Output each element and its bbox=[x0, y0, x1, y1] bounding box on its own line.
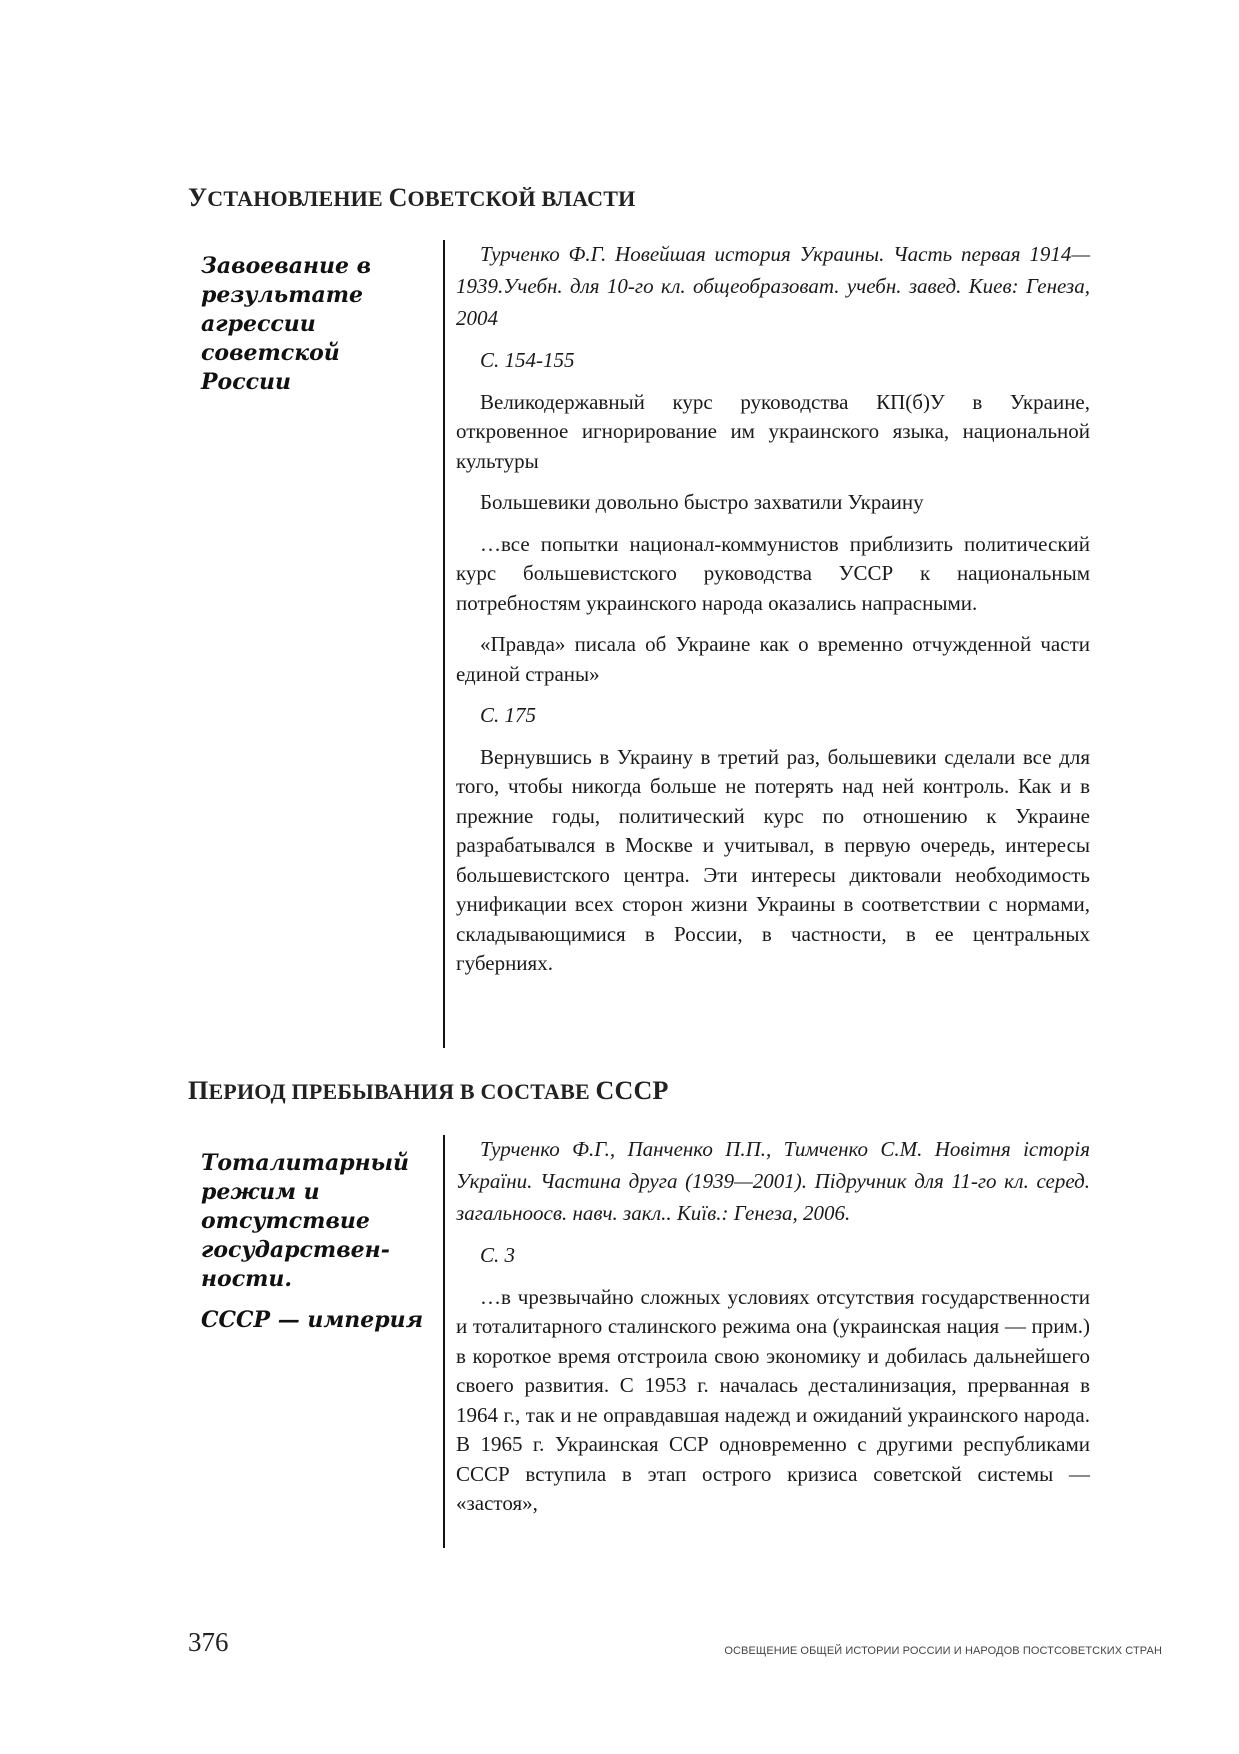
page-reference: С. 175 bbox=[456, 701, 1090, 731]
quote-paragraph: Великодержавный курс руководства КП(б)У … bbox=[456, 388, 1090, 477]
bibliographic-reference: Турченко Ф.Г. Новейшая история Украины. … bbox=[456, 238, 1090, 334]
heading-cap: СССР bbox=[596, 1076, 669, 1105]
quote-paragraph: «Правда» писала об Украине как о временн… bbox=[456, 630, 1090, 689]
running-title: ОСВЕЩЕНИЕ ОБЩЕЙ ИСТОРИИ РОССИИ И НАРОДОВ… bbox=[724, 1645, 1162, 1657]
page-reference: С. 3 bbox=[456, 1241, 1090, 1271]
heading-cap: С bbox=[389, 183, 408, 212]
quote-paragraph: …все попытки национал-коммунистов прибли… bbox=[456, 530, 1090, 619]
side-label-text: Тоталитарный режим и отсутствие государс… bbox=[201, 1149, 431, 1294]
side-label-text: Завоевание в результате агрессии советск… bbox=[201, 252, 431, 397]
quote-paragraph: …в чрезвычайно сложных условиях отсутств… bbox=[456, 1283, 1090, 1519]
column-divider bbox=[443, 1135, 445, 1548]
page-reference: С. 154-155 bbox=[456, 346, 1090, 376]
column-divider bbox=[443, 240, 445, 1048]
section-heading-ussr-period: ПЕРИОД ПРЕБЫВАНИЯ В СОСТАВЕ СССР bbox=[188, 1076, 669, 1106]
quote-paragraph: Большевики довольно быстро захватили Укр… bbox=[456, 488, 1090, 518]
section-heading-soviet-power: УСТАНОВЛЕНИЕ СОВЕТСКОЙ ВЛАСТИ bbox=[188, 183, 635, 213]
heading-cap: У bbox=[188, 183, 207, 212]
quote-column-1: Турченко Ф.Г. Новейшая история Украины. … bbox=[456, 238, 1090, 991]
quote-paragraph: Вернувшись в Украину в третий раз, больш… bbox=[456, 743, 1090, 979]
side-label-conquest: Завоевание в результате агрессии советск… bbox=[201, 252, 431, 409]
quote-column-2: Турченко Ф.Г., Панченко П.П., Тимченко С… bbox=[456, 1133, 1090, 1531]
heading-text: ЕРИОД ПРЕБЫВАНИЯ В СОСТАВЕ bbox=[208, 1079, 595, 1104]
heading-text: ОВЕТСКОЙ ВЛАСТИ bbox=[408, 186, 636, 211]
heading-cap: П bbox=[188, 1076, 208, 1105]
bibliographic-reference: Турченко Ф.Г., Панченко П.П., Тимченко С… bbox=[456, 1133, 1090, 1229]
heading-text: СТАНОВЛЕНИЕ bbox=[207, 186, 388, 211]
side-label-text: СССР — империя bbox=[201, 1306, 431, 1335]
side-label-totalitarian: Тоталитарный режим и отсутствие государс… bbox=[201, 1149, 431, 1347]
page-number: 376 bbox=[188, 1627, 229, 1658]
